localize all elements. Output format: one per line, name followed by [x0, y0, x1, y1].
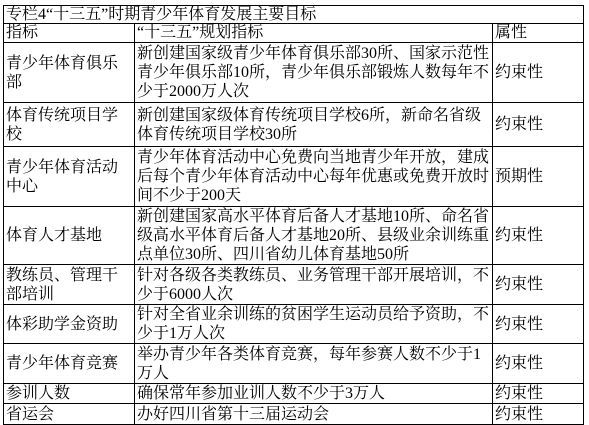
table-header-row: 指标 “十三五”规划指标 属性	[4, 24, 584, 43]
plan-cell: 新创建国家级体育传统项目学校6所，新命名省级体育传统项目学校30所	[135, 103, 493, 147]
table-row: 体彩助学金资助 针对全省业余训练的贫困学生运动员给予资助，不少于1万人次 约束性	[4, 305, 584, 344]
table-row: 体育传统项目学校 新创建国家级体育传统项目学校6所，新命名省级体育传统项目学校3…	[4, 103, 584, 147]
table-row: 体育人才基地 新创建国家高水平体育后备人才基地10所、命名省级高水平体育后备人才…	[4, 207, 584, 265]
table-row: 省运会 办好四川省第十三届运动会 约束性	[4, 404, 584, 425]
indicator-cell: 教练员、管理干部培训	[4, 265, 135, 305]
indicator-cell: 体彩助学金资助	[4, 305, 135, 344]
table-title: 专栏4“十三五”时期青少年体育发展主要目标	[4, 6, 584, 24]
table-row: 青少年体育俱乐部 新创建国家级青少年体育俱乐部30所、国家示范性青少年俱乐部10…	[4, 43, 584, 103]
attribute-cell: 约束性	[493, 404, 584, 425]
table-row: 青少年体育活动中心 青少年体育活动中心免费向当地青少年开放，建成后每个青少年体育…	[4, 147, 584, 207]
indicator-cell: 参训人数	[4, 384, 135, 404]
table-row: 教练员、管理干部培训 针对各级各类教练员、业务管理干部开展培训，不少于6000人…	[4, 265, 584, 305]
plan-cell: 举办青少年各类体育竞赛，每年参赛人数不少于1万人	[135, 344, 493, 384]
attribute-cell: 约束性	[493, 207, 584, 265]
plan-cell: 确保常年参加业训人数不少于3万人	[135, 384, 493, 404]
plan-cell: 新创建国家级青少年体育俱乐部30所、国家示范性青少年俱乐部10所，青少年俱乐部锻…	[135, 43, 493, 103]
plan-cell: 新创建国家高水平体育后备人才基地10所、命名省级高水平体育后备人才基地20所、县…	[135, 207, 493, 265]
plan-cell: 针对各级各类教练员、业务管理干部开展培训，不少于6000人次	[135, 265, 493, 305]
attribute-cell: 约束性	[493, 384, 584, 404]
goals-table: 专栏4“十三五”时期青少年体育发展主要目标 指标 “十三五”规划指标 属性 青少…	[3, 5, 584, 425]
table-title-row: 专栏4“十三五”时期青少年体育发展主要目标	[4, 6, 584, 24]
plan-cell: 针对全省业余训练的贫困学生运动员给予资助，不少于1万人次	[135, 305, 493, 344]
attribute-cell: 约束性	[493, 344, 584, 384]
attribute-cell: 约束性	[493, 305, 584, 344]
indicator-cell: 体育传统项目学校	[4, 103, 135, 147]
indicator-cell: 青少年体育活动中心	[4, 147, 135, 207]
table-row: 参训人数 确保常年参加业训人数不少于3万人 约束性	[4, 384, 584, 404]
attribute-cell: 约束性	[493, 43, 584, 103]
header-plan: “十三五”规划指标	[135, 24, 493, 43]
table-row: 青少年体育竞赛 举办青少年各类体育竞赛，每年参赛人数不少于1万人 约束性	[4, 344, 584, 384]
header-indicator: 指标	[4, 24, 135, 43]
indicator-cell: 青少年体育俱乐部	[4, 43, 135, 103]
header-attribute: 属性	[493, 24, 584, 43]
attribute-cell: 约束性	[493, 265, 584, 305]
attribute-cell: 预期性	[493, 147, 584, 207]
indicator-cell: 省运会	[4, 404, 135, 425]
indicator-cell: 青少年体育竞赛	[4, 344, 135, 384]
plan-cell: 青少年体育活动中心免费向当地青少年开放，建成后每个青少年体育活动中心每年优惠或免…	[135, 147, 493, 207]
plan-cell: 办好四川省第十三届运动会	[135, 404, 493, 425]
indicator-cell: 体育人才基地	[4, 207, 135, 265]
attribute-cell: 约束性	[493, 103, 584, 147]
